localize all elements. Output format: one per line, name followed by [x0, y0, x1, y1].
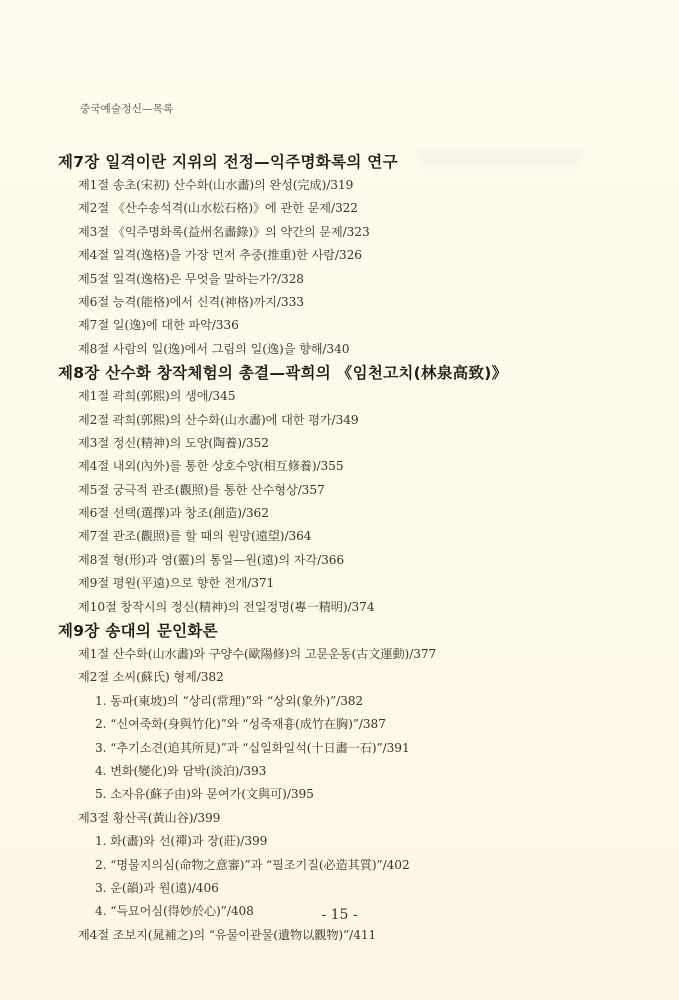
running-head: 중국예술정신—목록: [80, 101, 173, 116]
toc-section: 제6절 능격(能格)에서 신격(神格)까지/333: [58, 291, 618, 314]
toc-section: 제2절 소씨(蘇氏) 형제/382: [58, 666, 618, 689]
toc-chapter-7: 제7장 일격이란 지위의 전정—익주명화록의 연구: [58, 150, 618, 174]
table-of-contents: 제7장 일격이란 지위의 전정—익주명화록의 연구 제1절 송초(宋初) 산수화…: [58, 150, 618, 947]
toc-chapter-8: 제8장 산수화 창작체험의 총결—곽희의 《임천고치(林泉高致)》: [58, 361, 618, 385]
toc-section: 제1절 곽희(郭熙)의 생애/345: [58, 385, 618, 408]
toc-section: 제4절 내외(內外)를 통한 상호수양(相互修養)/355: [58, 455, 618, 478]
toc-section: 제3절 《익주명화록(益州名畵錄)》의 약간의 문제/323: [58, 221, 618, 244]
toc-subsection: 3. “추기소견(追其所見)”과 “십일화일석(十日畵一石)”/391: [58, 737, 618, 760]
toc-section: 제1절 송초(宋初) 산수화(山水畵)의 완성(完成)/319: [58, 174, 618, 197]
toc-subsection: 4. 변화(變化)와 담박(淡泊)/393: [58, 760, 618, 783]
toc-subsection: 2. “명물지의심(命物之意審)”과 “필조기질(必造其質)”/402: [58, 854, 618, 877]
toc-section: 제2절 곽희(郭熙)의 산수화(山水畵)에 대한 평가/349: [58, 409, 618, 432]
toc-chapter-9: 제9장 송대의 문인화론: [58, 619, 618, 643]
toc-section: 제7절 일(逸)에 대한 파악/336: [58, 314, 618, 337]
toc-subsection: 1. 동파(東坡)의 “상리(常理)”와 “상외(象外)”/382: [58, 690, 618, 713]
toc-subsection: 2. “신여죽화(身與竹化)”와 “성죽재흉(成竹在胸)”/387: [58, 713, 618, 736]
toc-subsection: 3. 운(韻)과 원(遠)/406: [58, 877, 618, 900]
toc-section: 제4절 조보지(晁補之)의 “유물이관물(遺物以觀物)”/411: [58, 924, 618, 947]
page-number: - 15 -: [0, 907, 679, 923]
toc-section: 제9절 평원(平遠)으로 향한 전개/371: [58, 572, 618, 595]
toc-section: 제3절 황산곡(黃山谷)/399: [58, 807, 618, 830]
toc-section: 제10절 창작시의 정신(精神)의 전일정명(專一精明)/374: [58, 596, 618, 619]
toc-section: 제7절 관조(觀照)를 할 때의 원망(遠望)/364: [58, 525, 618, 548]
toc-section: 제1절 산수화(山水畵)와 구양수(歐陽修)의 고문운동(古文運動)/377: [58, 643, 618, 666]
book-page: 중국예술정신—목록 제7장 일격이란 지위의 전정—익주명화록의 연구 제1절 …: [0, 0, 679, 1000]
toc-section: 제5절 궁극적 관조(觀照)를 통한 산수형상/357: [58, 479, 618, 502]
toc-section: 제2절 《산수송석격(山水松石格)》에 관한 문제/322: [58, 197, 618, 220]
toc-section: 제4절 일격(逸格)을 가장 먼저 추중(推重)한 사람/326: [58, 244, 618, 267]
toc-subsection: 5. 소자유(蘇子由)와 문여가(文與可)/395: [58, 783, 618, 806]
toc-section: 제8절 사람의 일(逸)에서 그림의 일(逸)을 향해/340: [58, 338, 618, 361]
toc-subsection: 1. 화(畵)와 선(禪)과 장(莊)/399: [58, 830, 618, 853]
toc-section: 제8절 형(形)과 영(靈)의 통일—원(遠)의 자각/366: [58, 549, 618, 572]
toc-section: 제6절 선택(選擇)과 창조(創造)/362: [58, 502, 618, 525]
toc-section: 제5절 일격(逸格)은 무엇을 말하는가?/328: [58, 268, 618, 291]
toc-section: 제3절 정신(精神)의 도양(陶養)/352: [58, 432, 618, 455]
